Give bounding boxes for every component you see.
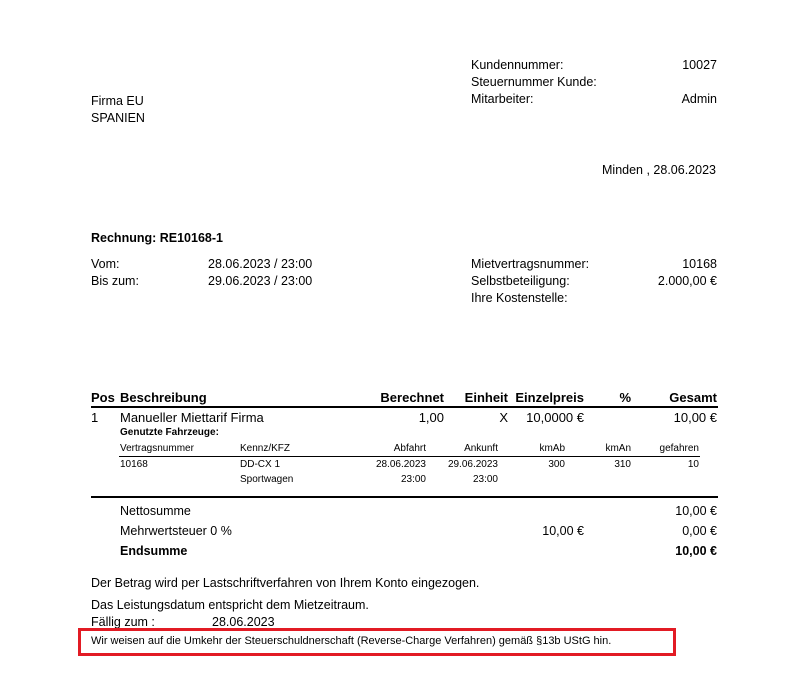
payment-note: Der Betrag wird per Lastschriftverfahren… bbox=[91, 576, 479, 590]
service-date-note: Das Leistungsdatum entspricht dem Mietze… bbox=[91, 598, 369, 612]
row-unit-price: 10,0000 € bbox=[526, 410, 584, 425]
recipient-name: Firma EU bbox=[91, 94, 144, 108]
customer-number-value: 10027 bbox=[682, 58, 717, 72]
vat-label: Mehrwertsteuer 0 % bbox=[120, 524, 232, 538]
vehicles-header-divider bbox=[119, 456, 700, 457]
period-from-value: 28.06.2023 / 23:00 bbox=[208, 257, 312, 271]
vat-value: 0,00 € bbox=[682, 524, 717, 538]
grand-total-value: 10,00 € bbox=[675, 544, 717, 558]
cost-center-row: Ihre Kostenstelle: bbox=[471, 291, 717, 308]
due-value: 28.06.2023 bbox=[212, 615, 275, 629]
vh-header-driven: gefahren bbox=[660, 443, 699, 454]
grand-total-label: Endsumme bbox=[120, 544, 187, 558]
contract-number-value: 10168 bbox=[682, 257, 717, 271]
header-unit-price: Einzelpreis bbox=[515, 390, 584, 405]
header-divider bbox=[91, 406, 718, 408]
vh-contract-no: 10168 bbox=[120, 459, 148, 470]
deductible-value: 2.000,00 € bbox=[658, 274, 717, 288]
net-label: Nettosumme bbox=[120, 504, 191, 518]
header-description: Beschreibung bbox=[120, 390, 207, 405]
employee-label: Mitarbeiter: bbox=[471, 92, 534, 106]
vh-plate: DD-CX 1 bbox=[240, 459, 280, 470]
row-description: Manueller Miettarif Firma bbox=[120, 410, 264, 425]
customer-tax-number-row: Steuernummer Kunde: bbox=[471, 75, 717, 92]
customer-number-label: Kundennummer: bbox=[471, 58, 563, 72]
row-pos: 1 bbox=[91, 410, 98, 425]
customer-tax-number-label: Steuernummer Kunde: bbox=[471, 75, 597, 89]
contract-number-row: Mietvertragsnummer: 10168 bbox=[471, 257, 717, 274]
deductible-row: Selbstbeteiligung: 2.000,00 € bbox=[471, 274, 717, 291]
employee-row: Mitarbeiter: Admin bbox=[471, 92, 717, 109]
vh-arrival-time: 23:00 bbox=[473, 474, 498, 485]
header-percent: % bbox=[619, 390, 631, 405]
vh-departure-time: 23:00 bbox=[401, 474, 426, 485]
vh-header-departure: Abfahrt bbox=[394, 443, 426, 454]
vh-header-km-start: kmAb bbox=[539, 443, 565, 454]
row-charged: 1,00 bbox=[419, 410, 444, 425]
vh-header-arrival: Ankunft bbox=[464, 443, 498, 454]
header-unit: Einheit bbox=[465, 390, 508, 405]
period-to-label: Bis zum: bbox=[91, 274, 139, 288]
row-total: 10,00 € bbox=[674, 410, 717, 425]
totals-divider bbox=[91, 496, 718, 498]
vh-arrival-date: 29.06.2023 bbox=[448, 459, 498, 470]
vh-vehicle-type: Sportwagen bbox=[240, 474, 293, 485]
period-from-label: Vom: bbox=[91, 257, 120, 271]
customer-number-row: Kundennummer: 10027 bbox=[471, 58, 717, 75]
header-pos: Pos bbox=[91, 390, 115, 405]
header-total: Gesamt bbox=[669, 390, 717, 405]
vh-km-start: 300 bbox=[548, 459, 565, 470]
cost-center-label: Ihre Kostenstelle: bbox=[471, 291, 568, 305]
contract-number-label: Mietvertragsnummer: bbox=[471, 257, 589, 271]
vh-driven: 10 bbox=[688, 459, 699, 470]
place-date: Minden , 28.06.2023 bbox=[602, 163, 716, 177]
period-to-value: 29.06.2023 / 23:00 bbox=[208, 274, 312, 288]
reverse-charge-note: Wir weisen auf die Umkehr der Steuerschu… bbox=[91, 635, 611, 647]
recipient-country: SPANIEN bbox=[91, 111, 145, 125]
vh-header-contract-no: Vertragsnummer bbox=[120, 443, 194, 454]
vh-km-end: 310 bbox=[614, 459, 631, 470]
vh-departure-date: 28.06.2023 bbox=[376, 459, 426, 470]
net-value: 10,00 € bbox=[675, 504, 717, 518]
vh-header-km-end: kmAn bbox=[605, 443, 631, 454]
employee-value: Admin bbox=[682, 92, 717, 106]
vh-header-plate: Kennz/KFZ bbox=[240, 443, 290, 454]
reverse-charge-highlight: Wir weisen auf die Umkehr der Steuerschu… bbox=[78, 628, 676, 656]
header-charged: Berechnet bbox=[380, 390, 444, 405]
invoice-title: Rechnung: RE10168-1 bbox=[91, 231, 223, 245]
deductible-label: Selbstbeteiligung: bbox=[471, 274, 570, 288]
due-label: Fällig zum : bbox=[91, 615, 155, 629]
vehicles-title: Genutzte Fahrzeuge: bbox=[120, 427, 219, 438]
vat-base: 10,00 € bbox=[542, 524, 584, 538]
row-unit: X bbox=[499, 410, 508, 425]
